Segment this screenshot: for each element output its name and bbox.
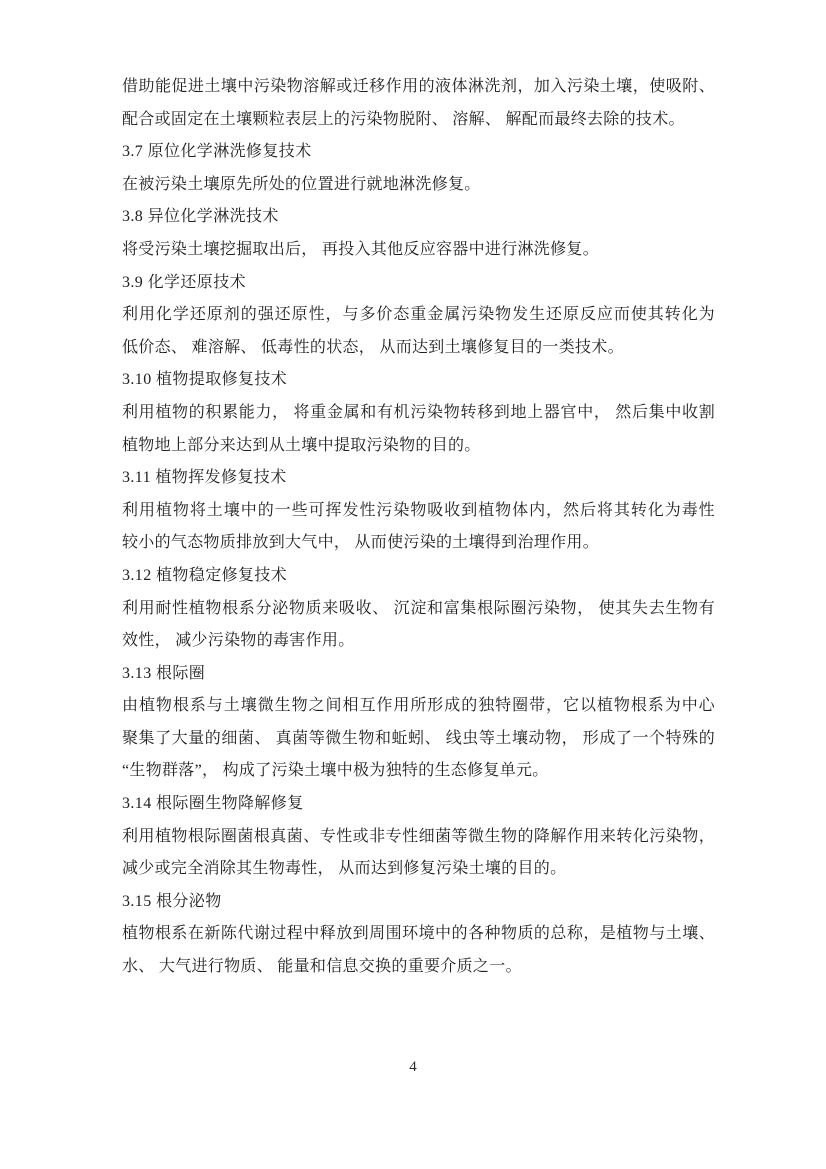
body-text-line: 利用植物根际圈菌根真菌、专性或非专性细菌等微生物的降解作用来转化污染物， bbox=[122, 821, 715, 854]
body-text-line: 借助能促进土壤中污染物溶解或迁移作用的液体淋洗剂，加入污染土壤，使吸附、 bbox=[122, 71, 715, 104]
body-text-line: 效性， 减少污染物的毒害作用。 bbox=[122, 625, 715, 658]
body-text-line: 配合或固定在土壤颗粒表层上的污染物脱附、 溶解、 解配而最终去除的技术。 bbox=[122, 104, 715, 137]
body-text-line: “生物群落”， 构成了污染土壤中极为独特的生态修复单元。 bbox=[122, 755, 715, 788]
body-text-line: 减少或完全消除其生物毒性， 从而达到修复污染土壤的目的。 bbox=[122, 853, 715, 886]
body-text-line: 将受污染土壤挖掘取出后， 再投入其他反应容器中进行淋洗修复。 bbox=[122, 234, 715, 267]
section-heading: 3.12 植物稳定修复技术 bbox=[122, 560, 715, 593]
section-heading: 3.10 植物提取修复技术 bbox=[122, 364, 715, 397]
body-text-line: 低价态、 难溶解、 低毒性的状态， 从而达到土壤修复目的一类技术。 bbox=[122, 332, 715, 365]
body-text-line: 植物地上部分来达到从土壤中提取污染物的目的。 bbox=[122, 430, 715, 463]
body-text-line: 利用耐性植物根系分泌物质来吸收、 沉淀和富集根际圈污染物， 使其失去生物有 bbox=[122, 593, 715, 626]
section-heading: 3.11 植物挥发修复技术 bbox=[122, 462, 715, 495]
body-text-line: 在被污染土壤原先所处的位置进行就地淋洗修复。 bbox=[122, 169, 715, 202]
section-heading: 3.8 异位化学淋洗技术 bbox=[122, 201, 715, 234]
document-text-block: 借助能促进土壤中污染物溶解或迁移作用的液体淋洗剂，加入污染土壤，使吸附、配合或固… bbox=[122, 71, 715, 984]
section-heading: 3.9 化学还原技术 bbox=[122, 267, 715, 300]
section-heading: 3.14 根际圈生物降解修复 bbox=[122, 788, 715, 821]
body-text-line: 由植物根系与土壤微生物之间相互作用所形成的独特圈带，它以植物根系为中心 bbox=[122, 690, 715, 723]
body-text-line: 利用化学还原剂的强还原性，与多价态重金属污染物发生还原反应而使其转化为 bbox=[122, 299, 715, 332]
body-text-line: 植物根系在新陈代谢过程中释放到周围环境中的各种物质的总称，是植物与土壤、 bbox=[122, 918, 715, 951]
section-heading: 3.15 根分泌物 bbox=[122, 886, 715, 919]
document-page: 借助能促进土壤中污染物溶解或迁移作用的液体淋洗剂，加入污染土壤，使吸附、配合或固… bbox=[0, 0, 826, 1169]
body-text-line: 水、 大气进行物质、 能量和信息交换的重要介质之一。 bbox=[122, 951, 715, 984]
section-heading: 3.13 根际圈 bbox=[122, 658, 715, 691]
body-text-line: 利用植物将土壤中的一些可挥发性污染物吸收到植物体内，然后将其转化为毒性 bbox=[122, 495, 715, 528]
body-text-line: 较小的气态物质排放到大气中， 从而使污染的土壤得到治理作用。 bbox=[122, 527, 715, 560]
body-text-line: 利用植物的积累能力， 将重金属和有机污染物转移到地上器官中， 然后集中收割 bbox=[122, 397, 715, 430]
page-footer: 4 bbox=[0, 1058, 826, 1076]
body-text-line: 聚集了大量的细菌、 真菌等微生物和蚯蚓、 线虫等土壤动物， 形成了一个特殊的 bbox=[122, 723, 715, 756]
page-number: 4 bbox=[409, 1059, 417, 1075]
section-heading: 3.7 原位化学淋洗修复技术 bbox=[122, 136, 715, 169]
